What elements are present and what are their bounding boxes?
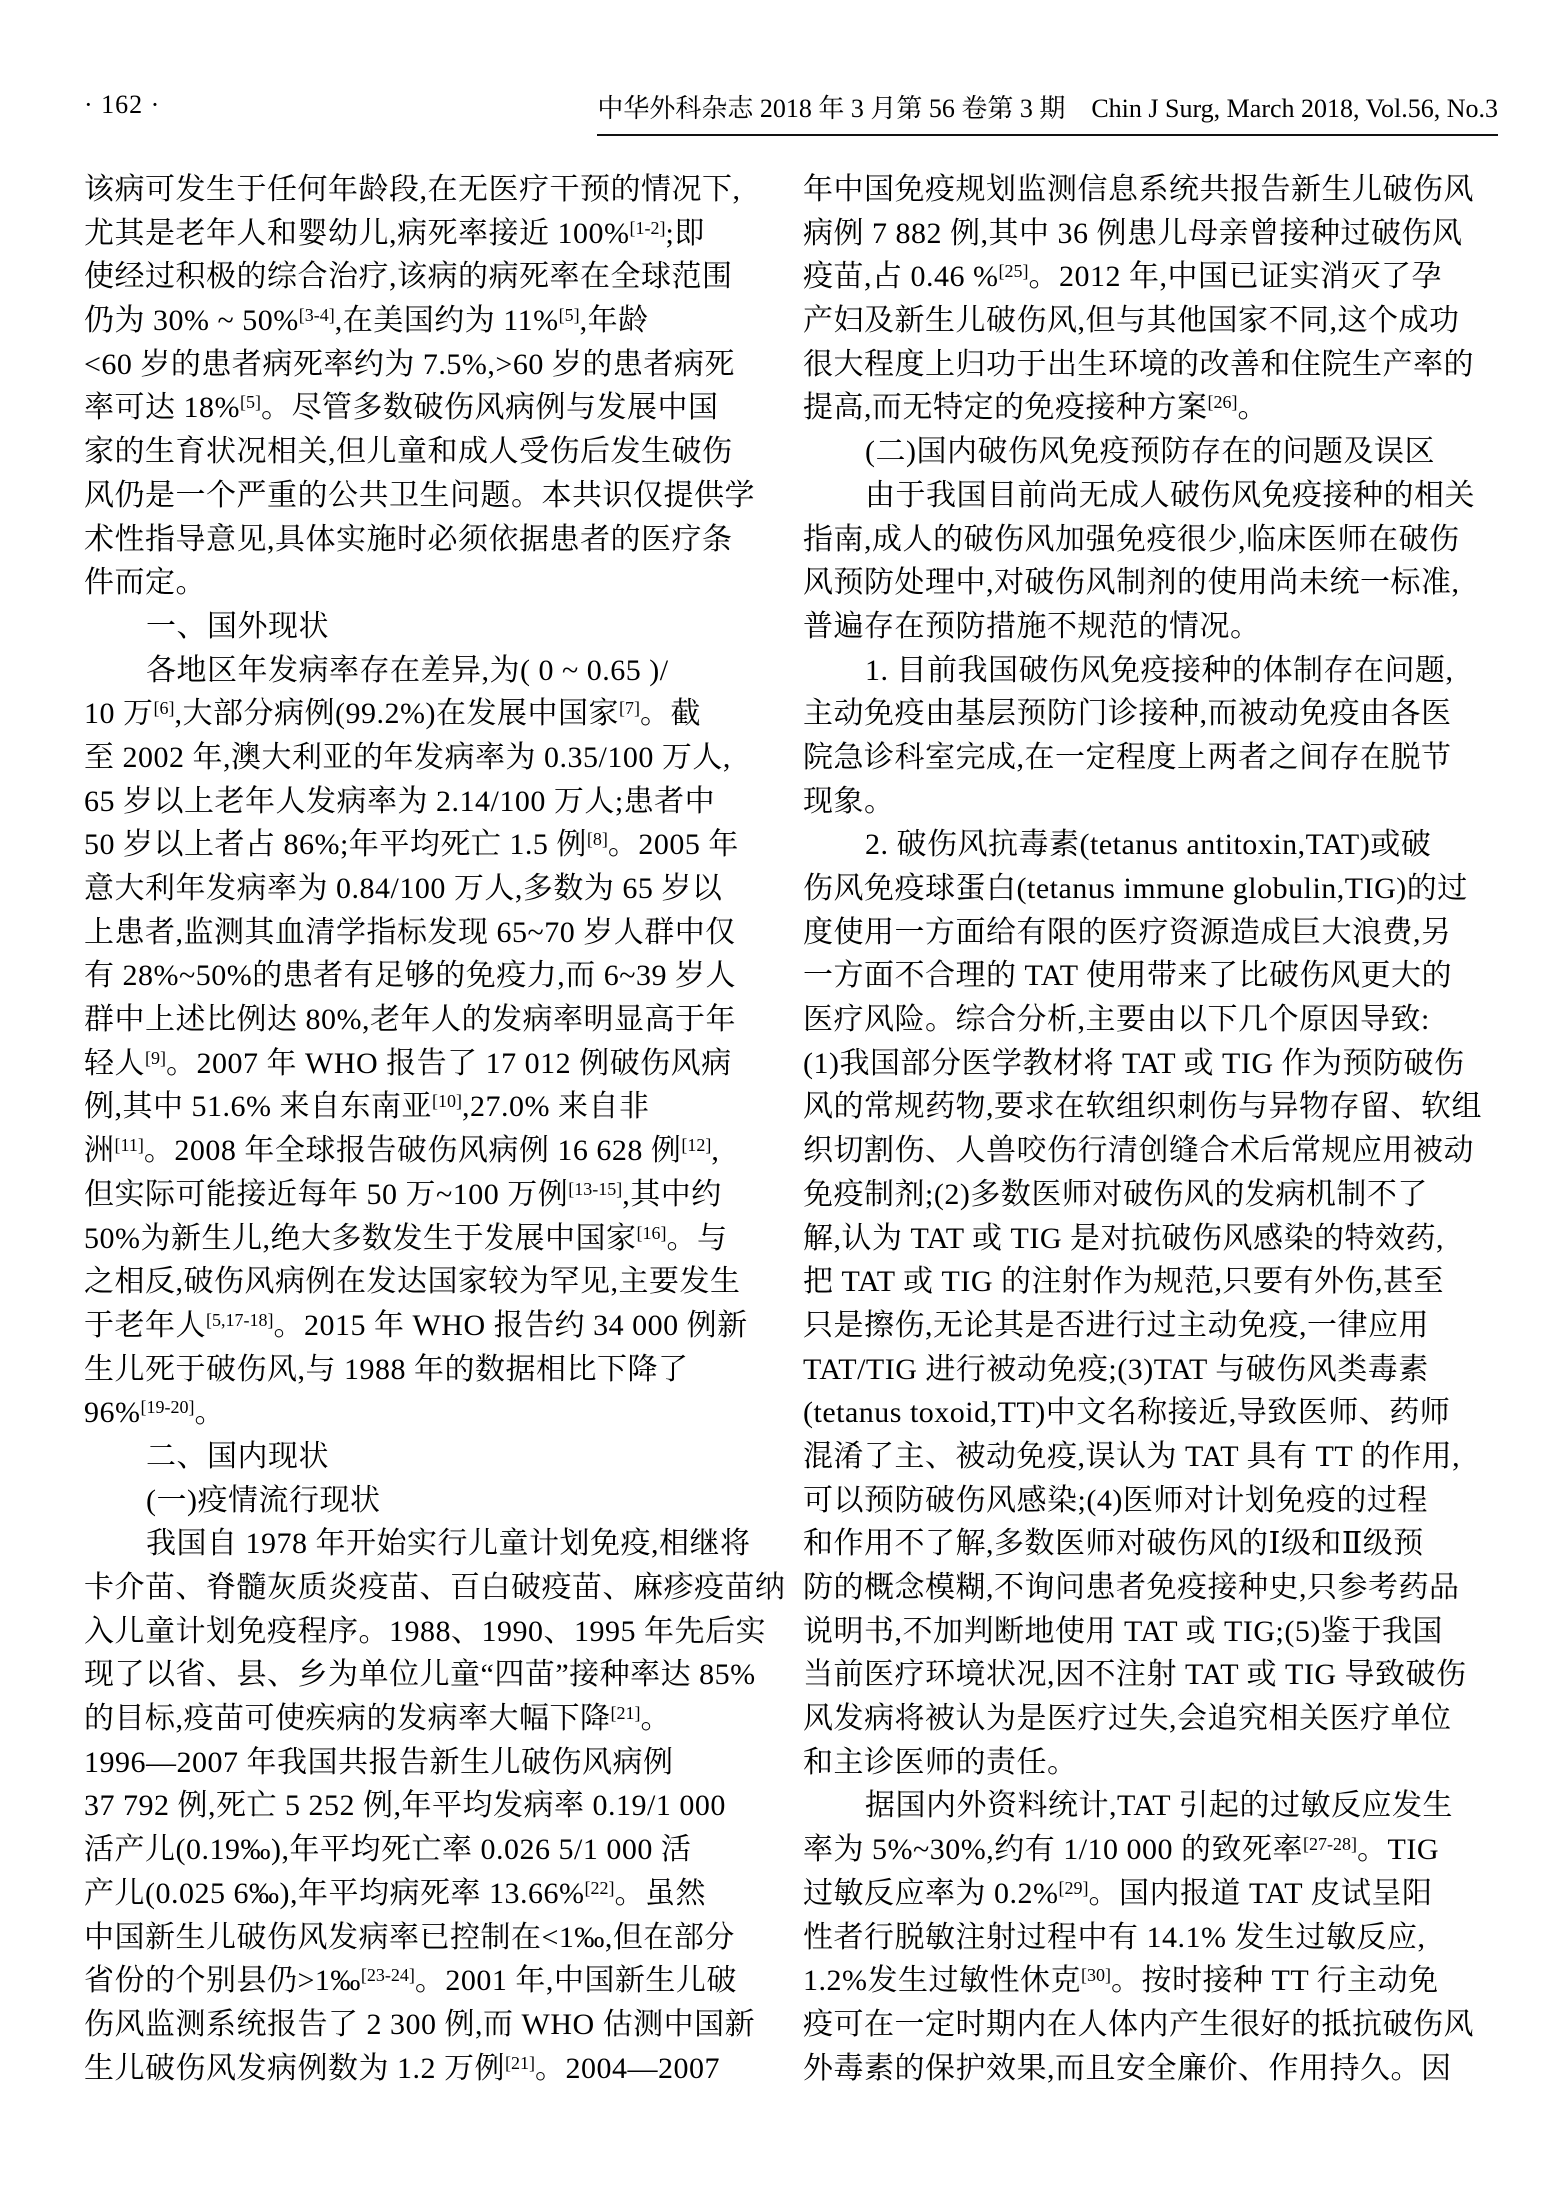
text-line: (1)我国部分医学教材将 TAT 或 TIG 作为预防破伤 <box>803 1042 1503 1086</box>
right-text-column: 年中国免疫规划监测信息系统共报告新生儿破伤风病例 7 882 例,其中 36 例… <box>803 168 1503 2090</box>
text-line: 96%[19-20]。 <box>84 1391 784 1435</box>
text-line: 一、国外现状 <box>84 605 784 649</box>
text-line: 一方面不合理的 TAT 使用带来了比破伤风更大的 <box>803 954 1503 998</box>
text-line: 只是擦伤,无论其是否进行过主动免疫,一律应用 <box>803 1304 1503 1348</box>
reference-superscript: [3-4] <box>299 305 335 325</box>
text-line: 于老年人[5,17-18]。2015 年 WHO 报告约 34 000 例新 <box>84 1304 784 1348</box>
reference-superscript: [9] <box>145 1048 166 1068</box>
reference-superscript: [22] <box>584 1878 614 1898</box>
text-line: 普遍存在预防措施不规范的情况。 <box>803 605 1503 649</box>
text-line: 现象。 <box>803 780 1503 824</box>
text-line: 二、国内现状 <box>84 1435 784 1479</box>
reference-superscript: [13-15] <box>568 1179 622 1199</box>
text-line: 度使用一方面给有限的医疗资源造成巨大浪费,另 <box>803 911 1503 955</box>
text-line: 风的常规药物,要求在软组织刺伤与异物存留、软组 <box>803 1085 1503 1129</box>
text-line: 仍为 30% ~ 50%[3-4],在美国约为 11%[5],年龄 <box>84 299 784 343</box>
text-line: 1.2%发生过敏性休克[30]。按时接种 TT 行主动免 <box>803 1959 1503 2003</box>
text-line: 和作用不了解,多数医师对破伤风的Ⅰ级和Ⅱ级预 <box>803 1522 1503 1566</box>
text-line: 风仍是一个严重的公共卫生问题。本共识仅提供学 <box>84 474 784 518</box>
text-line: 1. 目前我国破伤风免疫接种的体制存在问题, <box>803 649 1503 693</box>
text-line: 提高,而无特定的免疫接种方案[26]。 <box>803 386 1503 430</box>
text-line: 外毒素的保护效果,而且安全廉价、作用持久。因 <box>803 2047 1503 2091</box>
text-line: 解,认为 TAT 或 TIG 是对抗破伤风感染的特效药, <box>803 1217 1503 1261</box>
text-line: 尤其是老年人和婴幼儿,病死率接近 100%[1-2];即 <box>84 212 784 256</box>
text-line: 院急诊科室完成,在一定程度上两者之间存在脱节 <box>803 736 1503 780</box>
reference-superscript: [7] <box>619 698 640 718</box>
text-line: 医疗风险。综合分析,主要由以下几个原因导致: <box>803 998 1503 1042</box>
text-line: (tetanus toxoid,TT)中文名称接近,导致医师、药师 <box>803 1391 1503 1435</box>
text-line: 产妇及新生儿破伤风,但与其他国家不同,这个成功 <box>803 299 1503 343</box>
text-line: 生儿破伤风发病例数为 1.2 万例[21]。2004—2007 <box>84 2047 784 2091</box>
text-line: 活产儿(0.19‰),年平均死亡率 0.026 5/1 000 活 <box>84 1828 784 1872</box>
text-line: 该病可发生于任何年龄段,在无医疗干预的情况下, <box>84 168 784 212</box>
text-line: 50%为新生儿,绝大多数发生于发展中国家[16]。与 <box>84 1217 784 1261</box>
text-line: 防的概念模糊,不询问患者免疫接种史,只参考药品 <box>803 1566 1503 1610</box>
text-line: (一)疫情流行现状 <box>84 1479 784 1523</box>
reference-superscript: [11] <box>115 1135 144 1155</box>
text-line: 织切割伤、人兽咬伤行清创缝合术后常规应用被动 <box>803 1129 1503 1173</box>
text-line: 可以预防破伤风感染;(4)医师对计划免疫的过程 <box>803 1479 1503 1523</box>
text-line: 65 岁以上老年人发病率为 2.14/100 万人;患者中 <box>84 780 784 824</box>
text-line: 年中国免疫规划监测信息系统共报告新生儿破伤风 <box>803 168 1503 212</box>
text-line: 主动免疫由基层预防门诊接种,而被动免疫由各医 <box>803 692 1503 736</box>
text-line: 省份的个别县仍>1‰[23-24]。2001 年,中国新生儿破 <box>84 1959 784 2003</box>
reference-superscript: [29] <box>1059 1878 1089 1898</box>
text-line: 意大利年发病率为 0.84/100 万人,多数为 65 岁以 <box>84 867 784 911</box>
text-line: 群中上述比例达 80%,老年人的发病率明显高于年 <box>84 998 784 1042</box>
text-line: 性者行脱敏注射过程中有 14.1% 发生过敏反应, <box>803 1916 1503 1960</box>
text-line: 的目标,疫苗可使疾病的发病率大幅下降[21]。 <box>84 1697 784 1741</box>
text-line: 37 792 例,死亡 5 252 例,年平均发病率 0.19/1 000 <box>84 1784 784 1828</box>
reference-superscript: [26] <box>1208 392 1238 412</box>
text-line: TAT/TIG 进行被动免疫;(3)TAT 与破伤风类毒素 <box>803 1348 1503 1392</box>
text-line: 10 万[6],大部分病例(99.2%)在发展中国家[7]。截 <box>84 692 784 736</box>
text-line: 病例 7 882 例,其中 36 例患儿母亲曾接种过破伤风 <box>803 212 1503 256</box>
text-line: 说明书,不加判断地使用 TAT 或 TIG;(5)鉴于我国 <box>803 1610 1503 1654</box>
text-line: 当前医疗环境状况,因不注射 TAT 或 TIG 导致破伤 <box>803 1653 1503 1697</box>
text-line: 有 28%~50%的患者有足够的免疫力,而 6~39 岁人 <box>84 954 784 998</box>
text-line: 风发病将被认为是医疗过失,会追究相关医疗单位 <box>803 1697 1503 1741</box>
text-line: 疫可在一定时期内在人体内产生很好的抵抗破伤风 <box>803 2003 1503 2047</box>
text-line: 和主诊医师的责任。 <box>803 1741 1503 1785</box>
text-line: 1996—2007 年我国共报告新生儿破伤风病例 <box>84 1741 784 1785</box>
text-line: 至 2002 年,澳大利亚的年发病率为 0.35/100 万人, <box>84 736 784 780</box>
text-line: 混淆了主、被动免疫,误认为 TAT 具有 TT 的作用, <box>803 1435 1503 1479</box>
page-number: · 162 · <box>84 90 160 120</box>
text-line: 轻人[9]。2007 年 WHO 报告了 17 012 例破伤风病 <box>84 1042 784 1086</box>
text-line: 洲[11]。2008 年全球报告破伤风病例 16 628 例[12], <box>84 1129 784 1173</box>
text-line: 风预防处理中,对破伤风制剂的使用尚未统一标准, <box>803 561 1503 605</box>
reference-superscript: [10] <box>432 1091 462 1111</box>
text-line: 过敏反应率为 0.2%[29]。国内报道 TAT 皮试呈阳 <box>803 1872 1503 1916</box>
text-line: 疫苗,占 0.46 %[25]。2012 年,中国已证实消灭了孕 <box>803 255 1503 299</box>
reference-superscript: [6] <box>154 698 175 718</box>
text-line: 使经过积极的综合治疗,该病的病死率在全球范围 <box>84 255 784 299</box>
journal-citation: 中华外科杂志 2018 年 3 月第 56 卷第 3 期 Chin J Surg… <box>597 88 1498 136</box>
text-line: 率为 5%~30%,约有 1/10 000 的致死率[27-28]。TIG <box>803 1828 1503 1872</box>
text-line: 伤风监测系统报告了 2 300 例,而 WHO 估测中国新 <box>84 2003 784 2047</box>
text-line: 但实际可能接近每年 50 万~100 万例[13-15],其中约 <box>84 1173 784 1217</box>
text-line: <60 岁的患者病死率约为 7.5%,>60 岁的患者病死 <box>84 343 784 387</box>
text-line: 50 岁以上者占 86%;年平均死亡 1.5 例[8]。2005 年 <box>84 823 784 867</box>
text-line: 中国新生儿破伤风发病率已控制在<1‰,但在部分 <box>84 1916 784 1960</box>
text-line: 术性指导意见,具体实施时必须依据患者的医疗条 <box>84 518 784 562</box>
text-line: 指南,成人的破伤风加强免疫很少,临床医师在破伤 <box>803 518 1503 562</box>
text-line: 据国内外资料统计,TAT 引起的过敏反应发生 <box>803 1784 1503 1828</box>
text-line: 例,其中 51.6% 来自东南亚[10],27.0% 来自非 <box>84 1085 784 1129</box>
text-line: 免疫制剂;(2)多数医师对破伤风的发病机制不了 <box>803 1173 1503 1217</box>
text-line: 伤风免疫球蛋白(tetanus immune globulin,TIG)的过 <box>803 867 1503 911</box>
text-line: 产儿(0.025 6‰),年平均病死率 13.66%[22]。虽然 <box>84 1872 784 1916</box>
text-line: 之相反,破伤风病例在发达国家较为罕见,主要发生 <box>84 1260 784 1304</box>
reference-superscript: [30] <box>1081 1965 1111 1985</box>
text-line: 入儿童计划免疫程序。1988、1990、1995 年先后实 <box>84 1610 784 1654</box>
text-line: 生儿死于破伤风,与 1988 年的数据相比下降了 <box>84 1348 784 1392</box>
reference-superscript: [16] <box>637 1223 667 1243</box>
text-line: 上患者,监测其血清学指标发现 65~70 岁人群中仅 <box>84 911 784 955</box>
reference-superscript: [1-2] <box>630 218 666 238</box>
text-line: 率可达 18%[5]。尽管多数破伤风病例与发展中国 <box>84 386 784 430</box>
text-line: 2. 破伤风抗毒素(tetanus antitoxin,TAT)或破 <box>803 823 1503 867</box>
reference-superscript: [25] <box>999 261 1029 281</box>
text-line: 件而定。 <box>84 561 784 605</box>
reference-superscript: [12] <box>681 1135 711 1155</box>
text-line: 家的生育状况相关,但儿童和成人受伤后发生破伤 <box>84 430 784 474</box>
reference-superscript: [5,17-18] <box>206 1310 273 1330</box>
text-line: 现了以省、县、乡为单位儿童“四苗”接种率达 85% <box>84 1653 784 1697</box>
reference-superscript: [5] <box>559 305 580 325</box>
text-line: (二)国内破伤风免疫预防存在的问题及误区 <box>803 430 1503 474</box>
text-line: 各地区年发病率存在差异,为( 0 ~ 0.65 )/ <box>84 649 784 693</box>
text-line: 卡介苗、脊髓灰质炎疫苗、百白破疫苗、麻疹疫苗纳 <box>84 1566 784 1610</box>
reference-superscript: [21] <box>505 2053 535 2073</box>
left-text-column: 该病可发生于任何年龄段,在无医疗干预的情况下,尤其是老年人和婴幼儿,病死率接近 … <box>84 168 784 2090</box>
reference-superscript: [5] <box>240 392 261 412</box>
journal-page: { "header": { "page_number": "· 162 ·", … <box>0 0 1560 2205</box>
reference-superscript: [8] <box>587 829 608 849</box>
text-line: 我国自 1978 年开始实行儿童计划免疫,相继将 <box>84 1522 784 1566</box>
text-line: 把 TAT 或 TIG 的注射作为规范,只要有外伤,甚至 <box>803 1260 1503 1304</box>
text-line: 由于我国目前尚无成人破伤风免疫接种的相关 <box>803 474 1503 518</box>
reference-superscript: [19-20] <box>141 1397 195 1417</box>
text-line: 很大程度上归功于出生环境的改善和住院生产率的 <box>803 343 1503 387</box>
reference-superscript: [27-28] <box>1303 1834 1357 1854</box>
reference-superscript: [23-24] <box>361 1965 415 1985</box>
reference-superscript: [21] <box>611 1703 641 1723</box>
